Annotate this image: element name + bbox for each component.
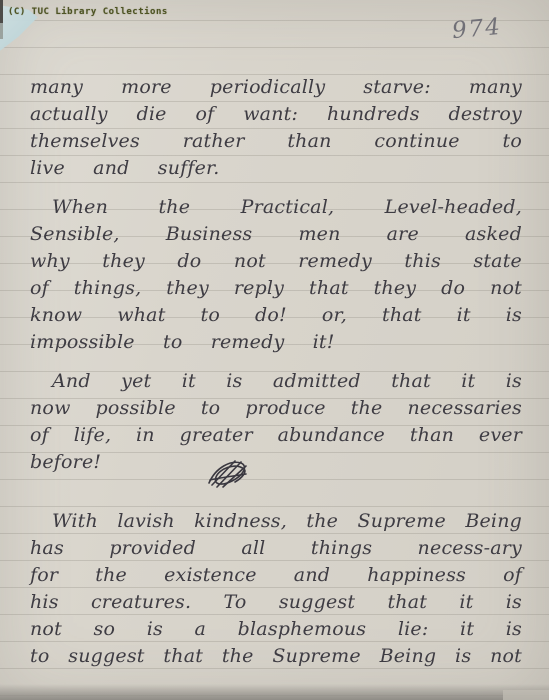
manuscript-line: of life, in greater abundance than ever — [30, 424, 522, 451]
manuscript-line: not so is a blasphemous lie: it is — [30, 618, 522, 645]
manuscript-line: With lavish kindness, the Supreme Being — [30, 510, 522, 537]
page-number: 974 — [451, 14, 503, 44]
manuscript-line: know what to do! or, that it is — [30, 304, 522, 331]
manuscript-line: And yet it is admitted that it is — [30, 370, 522, 397]
manuscript-line: Sensible, Business men are asked — [30, 223, 522, 250]
paragraph-4: With lavish kindness, the Supreme Being … — [30, 510, 522, 672]
manuscript-line: live and suffer. — [30, 157, 522, 184]
manuscript-line: themselves rather than continue to — [30, 130, 522, 157]
paragraph-2: When the Practical, Level-headed, Sensib… — [30, 196, 522, 358]
manuscript-line: before! — [30, 451, 522, 478]
manuscript-line: now possible to produce the necessaries — [30, 397, 522, 424]
manuscript-line: many more periodically starve: many — [30, 76, 522, 103]
scan-edge-left-smudge — [0, 23, 3, 39]
manuscript-line: for the existence and happiness of — [30, 564, 522, 591]
manuscript-line: actually die of want: hundreds destroy — [30, 103, 522, 130]
scribble-mark — [202, 456, 250, 492]
manuscript-line: of things, they reply that they do not — [30, 277, 522, 304]
manuscript-page: (C) TUC Library Collections 974 many mor… — [0, 0, 549, 700]
manuscript-line: why they do not remedy this state — [30, 250, 522, 277]
watermark: (C) TUC Library Collections — [8, 7, 168, 17]
manuscript-line: to suggest that the Supreme Being is not — [30, 645, 522, 672]
manuscript-line: has provided all things necess-ary — [30, 537, 522, 564]
manuscript-line: his creatures. To suggest that it is — [30, 591, 522, 618]
manuscript-line: impossible to remedy it! — [30, 331, 522, 358]
scan-edge-left — [0, 0, 3, 23]
paragraph-1: many more periodically starve: many actu… — [30, 76, 522, 184]
scan-edge-bottom — [0, 684, 549, 700]
scan-edge-bottom-notch — [503, 690, 549, 700]
paragraph-3: And yet it is admitted that it is now po… — [30, 370, 522, 478]
manuscript-line: When the Practical, Level-headed, — [30, 196, 522, 223]
